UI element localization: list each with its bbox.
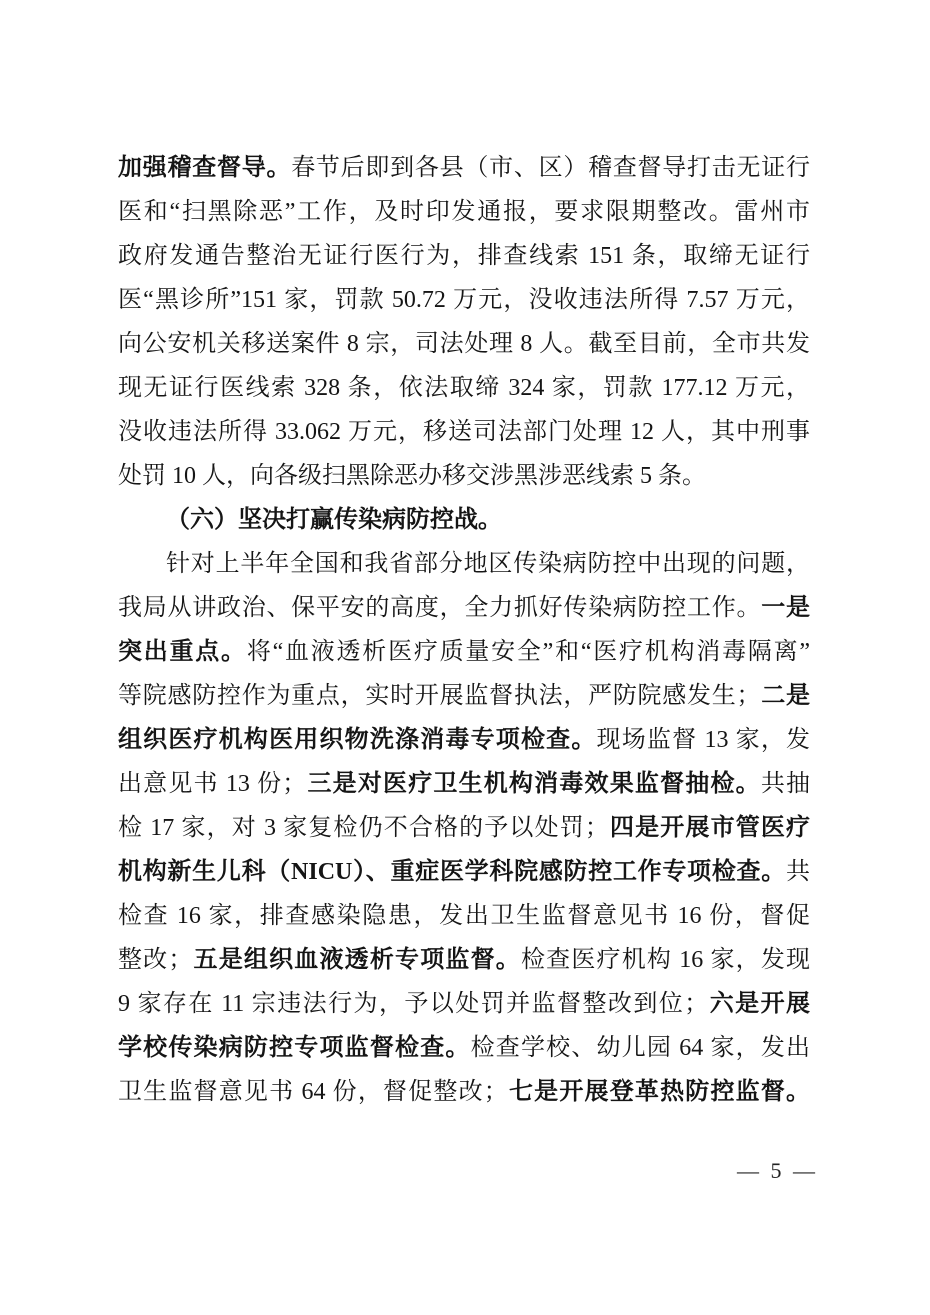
text-line: 卫生监督意见书 64 份，督促整改；七是开展登革热防控监督。 [118,1070,810,1114]
text-run: 将“血液透析医疗质量安全”和“医疗机构消毒隔离” [247,639,810,665]
document-body: 加强稽查督导。春节后即到各县（市、区）稽查督导打击无证行医和“扫黑除恶”工作，及… [118,146,810,1114]
text-run: 现无证行医线索 328 条，依法取缔 324 家，罚款 177.12 万元， [118,375,810,401]
text-run: 卫生监督意见书 64 份，督促整改； [118,1079,508,1105]
text-line: 医“黑诊所”151 家，罚款 50.72 万元，没收违法所得 7.57 万元， [118,278,810,322]
text-line: 现无证行医线索 328 条，依法取缔 324 家，罚款 177.12 万元， [118,366,810,410]
text-line: 机构新生儿科（NICU）、重症医学科院感防控工作专项检查。共 [118,850,810,894]
text-run: 现场监督 13 家，发 [597,727,810,753]
bold-text-run: 六是开展 [708,991,810,1017]
text-line: 等院感防控作为重点，实时开展监督执法，严防院感发生；二是 [118,674,810,718]
bold-text-run: 四是开展市管医疗 [609,815,810,841]
text-run: 等院感防控作为重点，实时开展监督执法，严防院感发生； [118,683,761,709]
bold-text-run: （六）坚决打赢传染病防控战。 [166,507,502,533]
text-line: 处罚 10 人，向各级扫黑除恶办移交涉黑涉恶线索 5 条。 [118,454,810,498]
bold-text-run: 五是组织血液透析专项监督。 [192,947,521,973]
text-line: 突出重点。将“血液透析医疗质量安全”和“医疗机构消毒隔离” [118,630,810,674]
page-number: — 5 — [737,1156,818,1186]
text-line: 向公安机关移送案件 8 宗，司法处理 8 人。截至目前，全市共发 [118,322,810,366]
bold-text-run: 学校传染病防控专项监督检查。 [118,1035,471,1061]
text-line: 我局从讲政治、保平安的高度，全力抓好传染病防控工作。一是 [118,586,810,630]
text-run: 医“黑诊所”151 家，罚款 50.72 万元，没收违法所得 7.57 万元， [118,287,810,313]
text-line: 针对上半年全国和我省部分地区传染病防控中出现的问题， [118,542,810,586]
text-run: 出意见书 13 份； [118,771,306,797]
text-run: 检查医疗机构 16 家，发现 [521,947,810,973]
text-line: 组织医疗机构医用织物洗涤消毒专项检查。现场监督 13 家，发 [118,718,810,762]
bold-text-run: 三是对医疗卫生机构消毒效果监督抽检。 [306,771,761,797]
paragraph-infectious-disease-control: 针对上半年全国和我省部分地区传染病防控中出现的问题，我局从讲政治、保平安的高度，… [118,542,810,1114]
text-line: 整改；五是组织血液透析专项监督。检查医疗机构 16 家，发现 [118,938,810,982]
text-run: 检查 16 家，排查感染隐患，发出卫生监督意见书 16 份，督促 [118,903,810,929]
text-run: 我局从讲政治、保平安的高度，全力抓好传染病防控工作。 [118,595,761,621]
paragraph-section-heading-six: （六）坚决打赢传染病防控战。 [118,498,810,542]
text-run: 政府发通告整治无证行医行为，排查线索 151 条，取缔无证行 [118,243,810,269]
bold-text-run: 一是 [761,595,810,621]
text-line: 出意见书 13 份；三是对医疗卫生机构消毒效果监督抽检。共抽 [118,762,810,806]
bold-text-run: 二是 [761,683,810,709]
text-run: 整改； [118,947,192,973]
paragraph-enforcement-supervision: 加强稽查督导。春节后即到各县（市、区）稽查督导打击无证行医和“扫黑除恶”工作，及… [118,146,810,498]
text-run: 处罚 10 人，向各级扫黑除恶办移交涉黑涉恶线索 5 条。 [118,463,706,489]
bold-text-run: 突出重点。 [118,639,247,665]
text-line: 加强稽查督导。春节后即到各县（市、区）稽查督导打击无证行 [118,146,810,190]
document-page: 加强稽查督导。春节后即到各县（市、区）稽查督导打击无证行医和“扫黑除恶”工作，及… [0,0,930,1315]
text-run: 共抽 [761,771,810,797]
text-line: 没收违法所得 33.062 万元，移送司法部门处理 12 人，其中刑事 [118,410,810,454]
text-run: 检 17 家，对 3 家复检仍不合格的予以处罚； [118,815,609,841]
bold-text-run: 七是开展登革热防控监督。 [508,1079,810,1105]
text-line: （六）坚决打赢传染病防控战。 [118,498,810,542]
bold-text-run: 组织医疗机构医用织物洗涤消毒专项检查。 [118,727,597,753]
text-run: 检查学校、幼儿园 64 家，发出 [471,1035,810,1061]
text-run: 医和“扫黑除恶”工作，及时印发通报，要求限期整改。雷州市 [118,199,810,225]
bold-text-run: 机构新生儿科（NICU）、重症医学科院感防控工作专项检查。 [118,859,786,885]
text-line: 学校传染病防控专项监督检查。检查学校、幼儿园 64 家，发出 [118,1026,810,1070]
text-run: 没收违法所得 33.062 万元，移送司法部门处理 12 人，其中刑事 [118,419,810,445]
text-run: 春节后即到各县（市、区）稽查督导打击无证行 [291,155,810,181]
bold-text-run: 加强稽查督导。 [118,155,291,181]
text-line: 政府发通告整治无证行医行为，排查线索 151 条，取缔无证行 [118,234,810,278]
text-run: 共 [786,859,810,885]
text-run: 向公安机关移送案件 8 宗，司法处理 8 人。截至目前，全市共发 [118,331,810,357]
text-line: 检查 16 家，排查感染隐患，发出卫生监督意见书 16 份，督促 [118,894,810,938]
text-run: 针对上半年全国和我省部分地区传染病防控中出现的问题， [166,551,810,577]
text-line: 9 家存在 11 宗违法行为，予以处罚并监督整改到位；六是开展 [118,982,810,1026]
text-line: 医和“扫黑除恶”工作，及时印发通报，要求限期整改。雷州市 [118,190,810,234]
text-line: 检 17 家，对 3 家复检仍不合格的予以处罚；四是开展市管医疗 [118,806,810,850]
text-run: 9 家存在 11 宗违法行为，予以处罚并监督整改到位； [118,991,708,1017]
